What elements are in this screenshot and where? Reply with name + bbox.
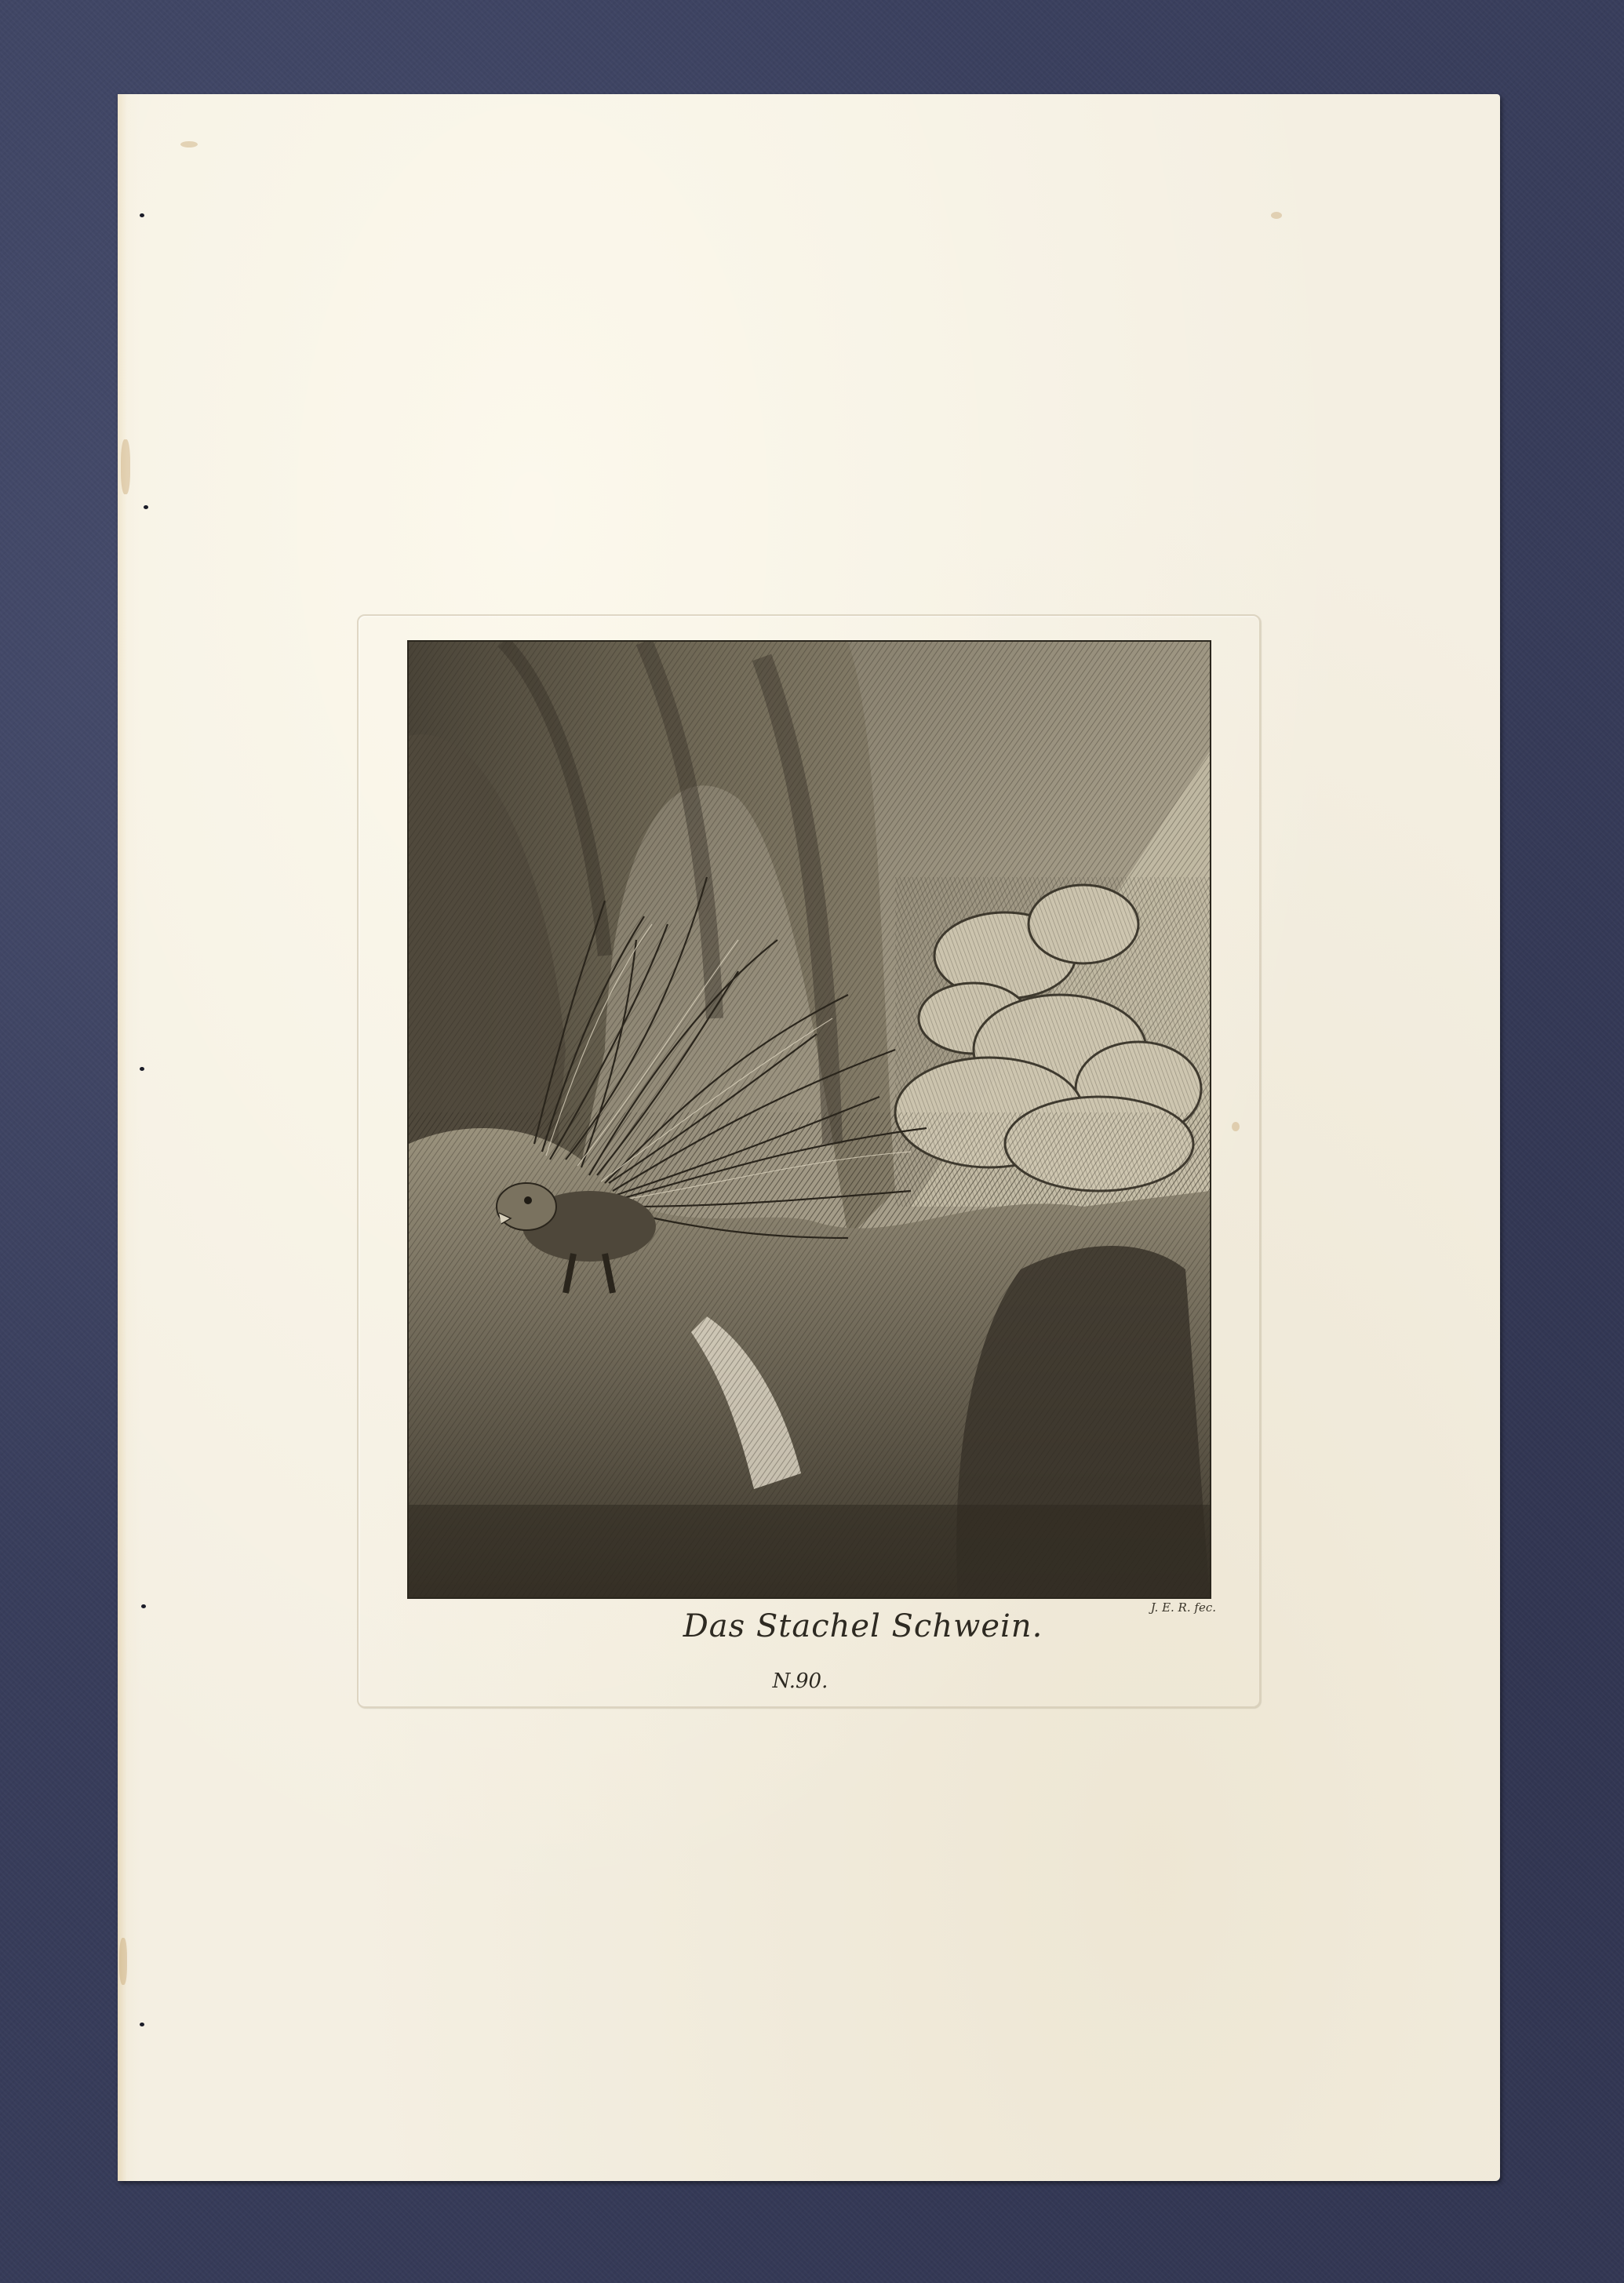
caption-title: Das Stachel Schwein. [612,1608,1114,1644]
binding-hole [144,505,148,509]
porcupine-head [497,1183,556,1230]
plate-number: N.90. [753,1669,847,1693]
engraving-image [409,642,1210,1597]
binding-hole [140,2023,144,2026]
edge-stain [119,1938,127,1985]
binding-hole [140,1067,144,1071]
engraver-signature: J. E. R. fec. [1130,1600,1216,1615]
edge-stain [121,439,130,494]
binding-hole [141,1604,146,1608]
foxing-spot [1271,212,1282,219]
engraving-scene [409,642,1210,1597]
binding-hole [140,213,144,217]
foxing-spot [180,141,198,147]
